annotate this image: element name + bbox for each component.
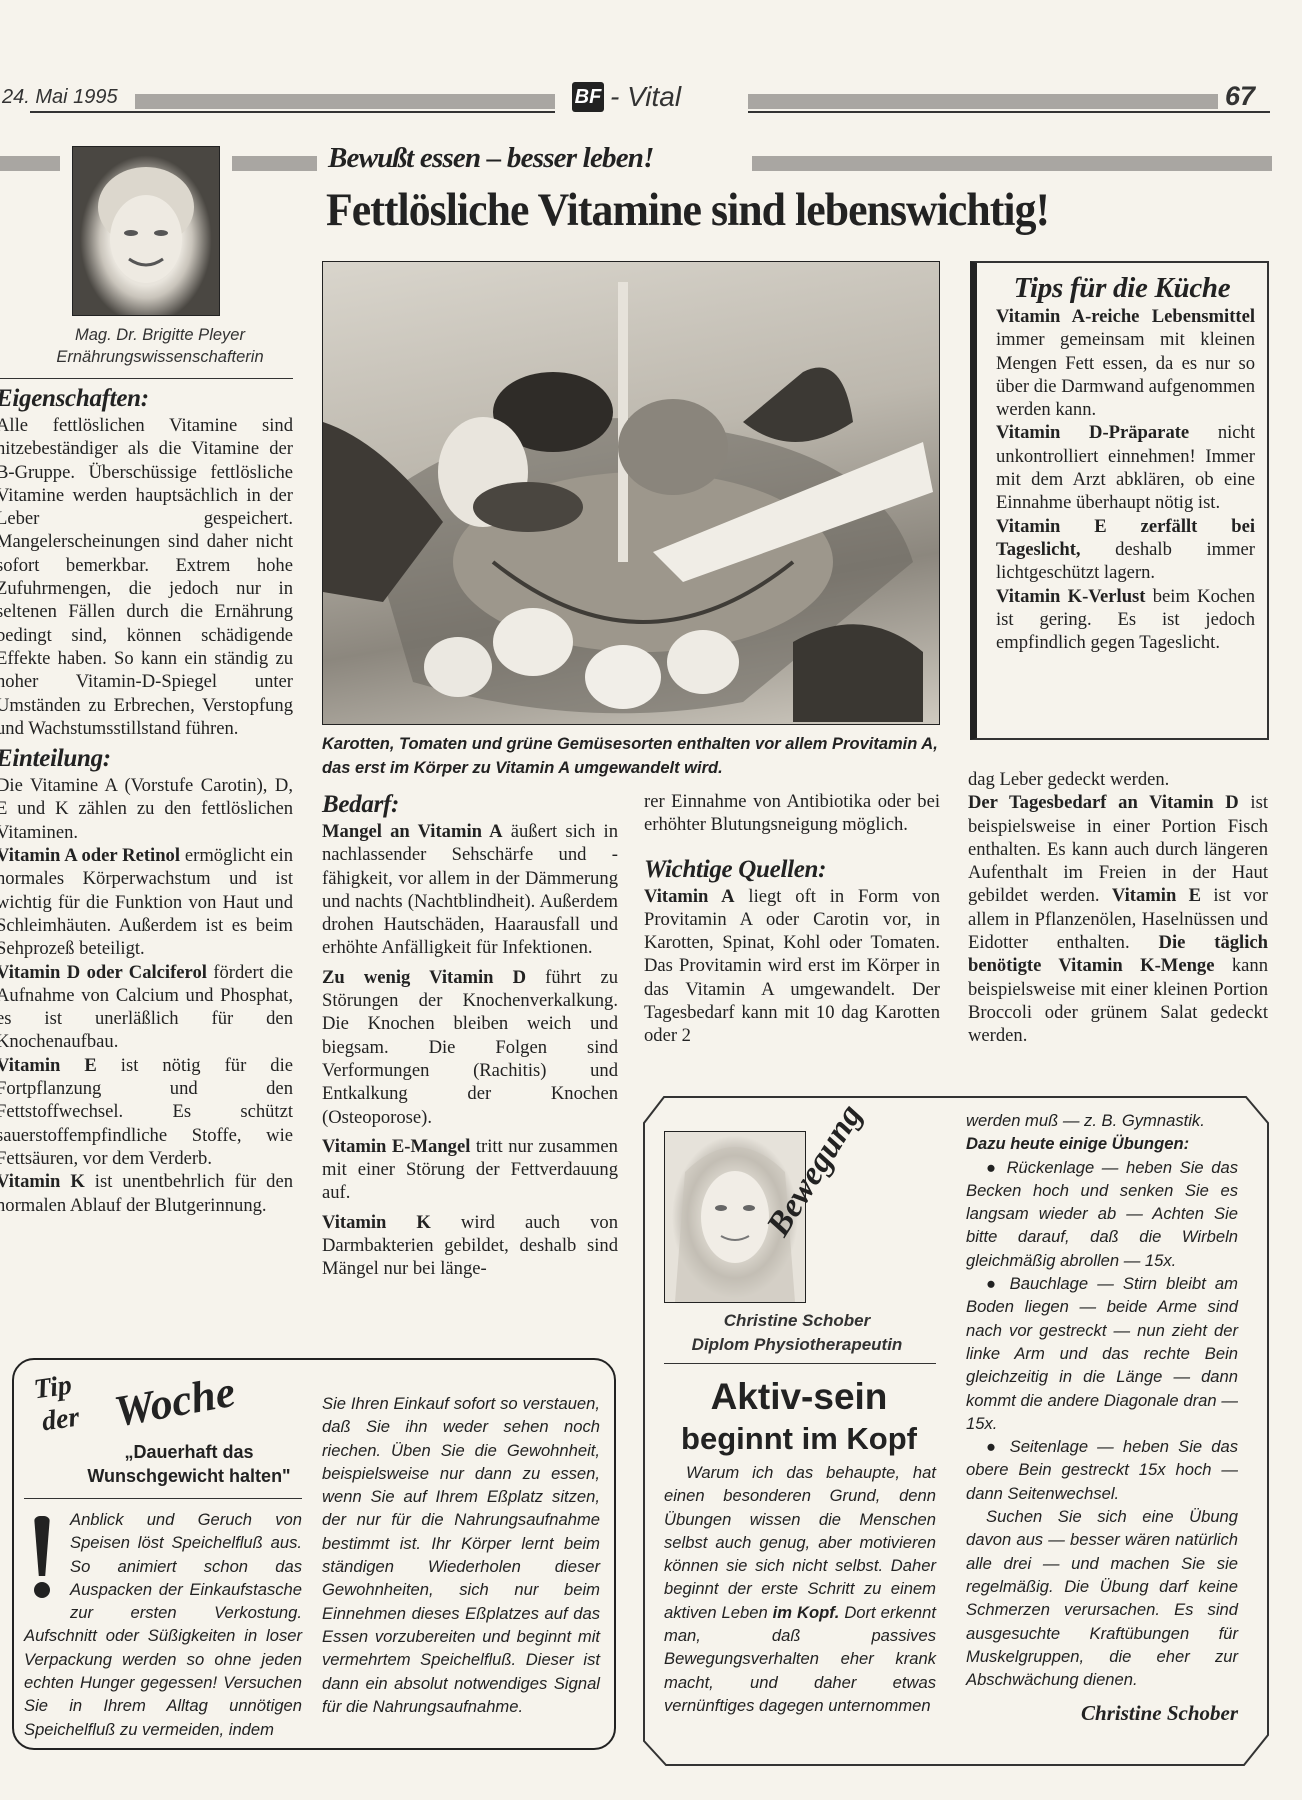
quellen-continuation: dag Leber gedeckt werden. [968,768,1268,791]
quellen-text: Vitamin A liegt oft in Form von Provitam… [644,885,940,1048]
column-middle-right: rer Einnahme von Antibiotika oder bei er… [644,790,940,1048]
bewegung-col1: Warum ich das behaupte, hat einen besond… [664,1461,936,1717]
column-middle: Bedarf: Mangel an Vitamin A äußert sich … [322,790,618,1281]
photo-caption: Karotten, Tomaten und grüne Gemüsesorten… [322,732,940,780]
tip-der-woche-text-2: Sie Ihren Einkauf sofort so verstauen, d… [322,1392,600,1718]
einteilung-intro: Die Vitamine A (Vorstufe Carotin), D, E … [0,774,293,844]
einteilung-item: Vitamin D oder Calciferol fördert die Au… [0,961,293,1054]
author-photo [72,146,220,316]
kicker-band-left-b [232,156,317,171]
eigenschaften-text: Alle fettlöslichen Vitamine sind hitzebe… [0,414,293,740]
tip-item: Vitamin D-Präparate nicht unkontrolliert… [996,421,1255,514]
header-band-left [135,94,555,109]
kicker-band-right [752,156,1272,171]
article-kicker: Bewußt essen – besser leben! [328,142,654,175]
author-byline: Mag. Dr. Brigitte Pleyer Ernährungswisse… [30,324,290,368]
exercises-heading: Dazu heute einige Übungen: [966,1132,1238,1155]
bewegung-continuation: werden muß — z. B. Gymnastik. [966,1109,1238,1132]
bullet-icon: ● [986,1158,1007,1177]
page-number: 67 [1225,81,1255,112]
bullet-icon: ● [986,1274,1010,1293]
tip-der-woche-subtitle: „Dauerhaft das Wunschgewicht halten" [74,1440,304,1488]
header-band-right [748,94,1218,109]
exercise-item: ● Seitenlage — heben Sie das obere Bein … [966,1435,1238,1505]
tip-der-woche-logo: Tip der Woche [34,1372,274,1442]
quellen-text-2: Der Tagesbedarf an Vitamin D ist beispie… [968,791,1268,1047]
column-right: dag Leber gedeckt werden. Der Tagesbedar… [968,768,1268,1048]
header-rule-left [30,111,555,113]
tip-der-woche-col1: Anblick und Geruch von Speisen löst Spei… [24,1508,302,1741]
section-heading-einteilung: Einteilung: [0,744,293,774]
author-name: Mag. Dr. Brigitte Pleyer [30,324,290,346]
tip-der-woche-text-1: Anblick und Geruch von Speisen löst Spei… [24,1508,302,1741]
tip-item: Vitamin E zerfällt bei Tageslicht, desha… [996,515,1255,585]
kicker-band-left-a [0,156,60,171]
column-left: Eigenschaften: Alle fettlöslichen Vitami… [0,384,293,1217]
exercise-item: ● Bauchlage — Stirn bleibt am Boden lieg… [966,1272,1238,1435]
bewegung-box: Bewegung Christine Schober Diplom Physio… [642,1095,1270,1767]
bewegung-rule [664,1363,936,1364]
bedarf-continuation: rer Einnahme von Antibiotika oder bei er… [644,790,940,837]
bullet-icon: ● [986,1437,1010,1456]
portrait-icon [73,147,219,315]
vegetable-basket-icon [323,262,939,724]
bewegung-headline: Aktiv-sein beginnt im Kopf [652,1375,946,1459]
vegetable-basket-photo [322,261,940,725]
issue-date: 24. Mai 1995 [2,86,118,109]
exclamation-icon [24,1508,64,1604]
bewegung-author: Christine Schober Diplom Physiotherapeut… [652,1309,942,1357]
tip-item: Vitamin K-Verlust beim Kochen ist gering… [996,585,1255,655]
bewegung-col2: werden muß — z. B. Gymnastik. Dazu heute… [966,1109,1238,1726]
einteilung-item: Vitamin K ist unentbehrlich für den norm… [0,1170,293,1217]
tips-box-title: Tips für die Küche [977,272,1267,305]
section-name: - Vital [610,81,681,113]
bewegung-signature: Christine Schober [966,1701,1238,1726]
tip-der-woche-box: Tip der Woche „Dauerhaft das Wunschgewic… [12,1358,616,1750]
section-heading-quellen: Wichtige Quellen: [644,855,940,885]
einteilung-item: Vitamin E ist nötig für die Fortpflanzun… [0,1054,293,1170]
bf-logo: BF [572,82,604,112]
section-heading-bedarf: Bedarf: [322,790,618,820]
exercise-item: ● Rückenlage — heben Sie das Becken hoch… [966,1156,1238,1272]
bewegung-intro: Warum ich das behaupte, hat einen besond… [664,1461,936,1717]
tip-item: Vitamin A-reiche Lebensmittel immer geme… [996,305,1255,421]
section-heading-eigenschaften: Eigenschaften: [0,384,293,414]
einteilung-item: Vitamin A oder Retinol ermöglicht ein no… [0,844,293,960]
header-rule-right [748,111,1270,113]
page-header: 24. Mai 1995 BF - Vital 67 [0,84,1270,116]
bedarf-item: Mangel an Vitamin A äußert sich in nachl… [322,820,618,960]
bedarf-item: Vitamin E-Mangel tritt nur zusammen mit … [322,1135,618,1205]
tip-der-woche-col2: Sie Ihren Einkauf sofort so verstauen, d… [322,1392,600,1718]
bedarf-item: Zu wenig Vitamin D führt zu Störungen de… [322,966,618,1129]
article-headline: Fettlösliche Vitamine sind lebenswichtig… [326,182,1049,238]
tip-der-woche-rule [24,1498,302,1499]
author-title: Ernährungswissenschafterin [30,346,290,368]
bewegung-closing: Suchen Sie sich eine Übung davon aus — b… [966,1505,1238,1691]
tips-box: Tips für die Küche Vitamin A-reiche Lebe… [970,261,1269,740]
byline-rule [0,378,293,379]
bedarf-item: Vitamin K wird auch von Darmbakterien ge… [322,1211,618,1281]
